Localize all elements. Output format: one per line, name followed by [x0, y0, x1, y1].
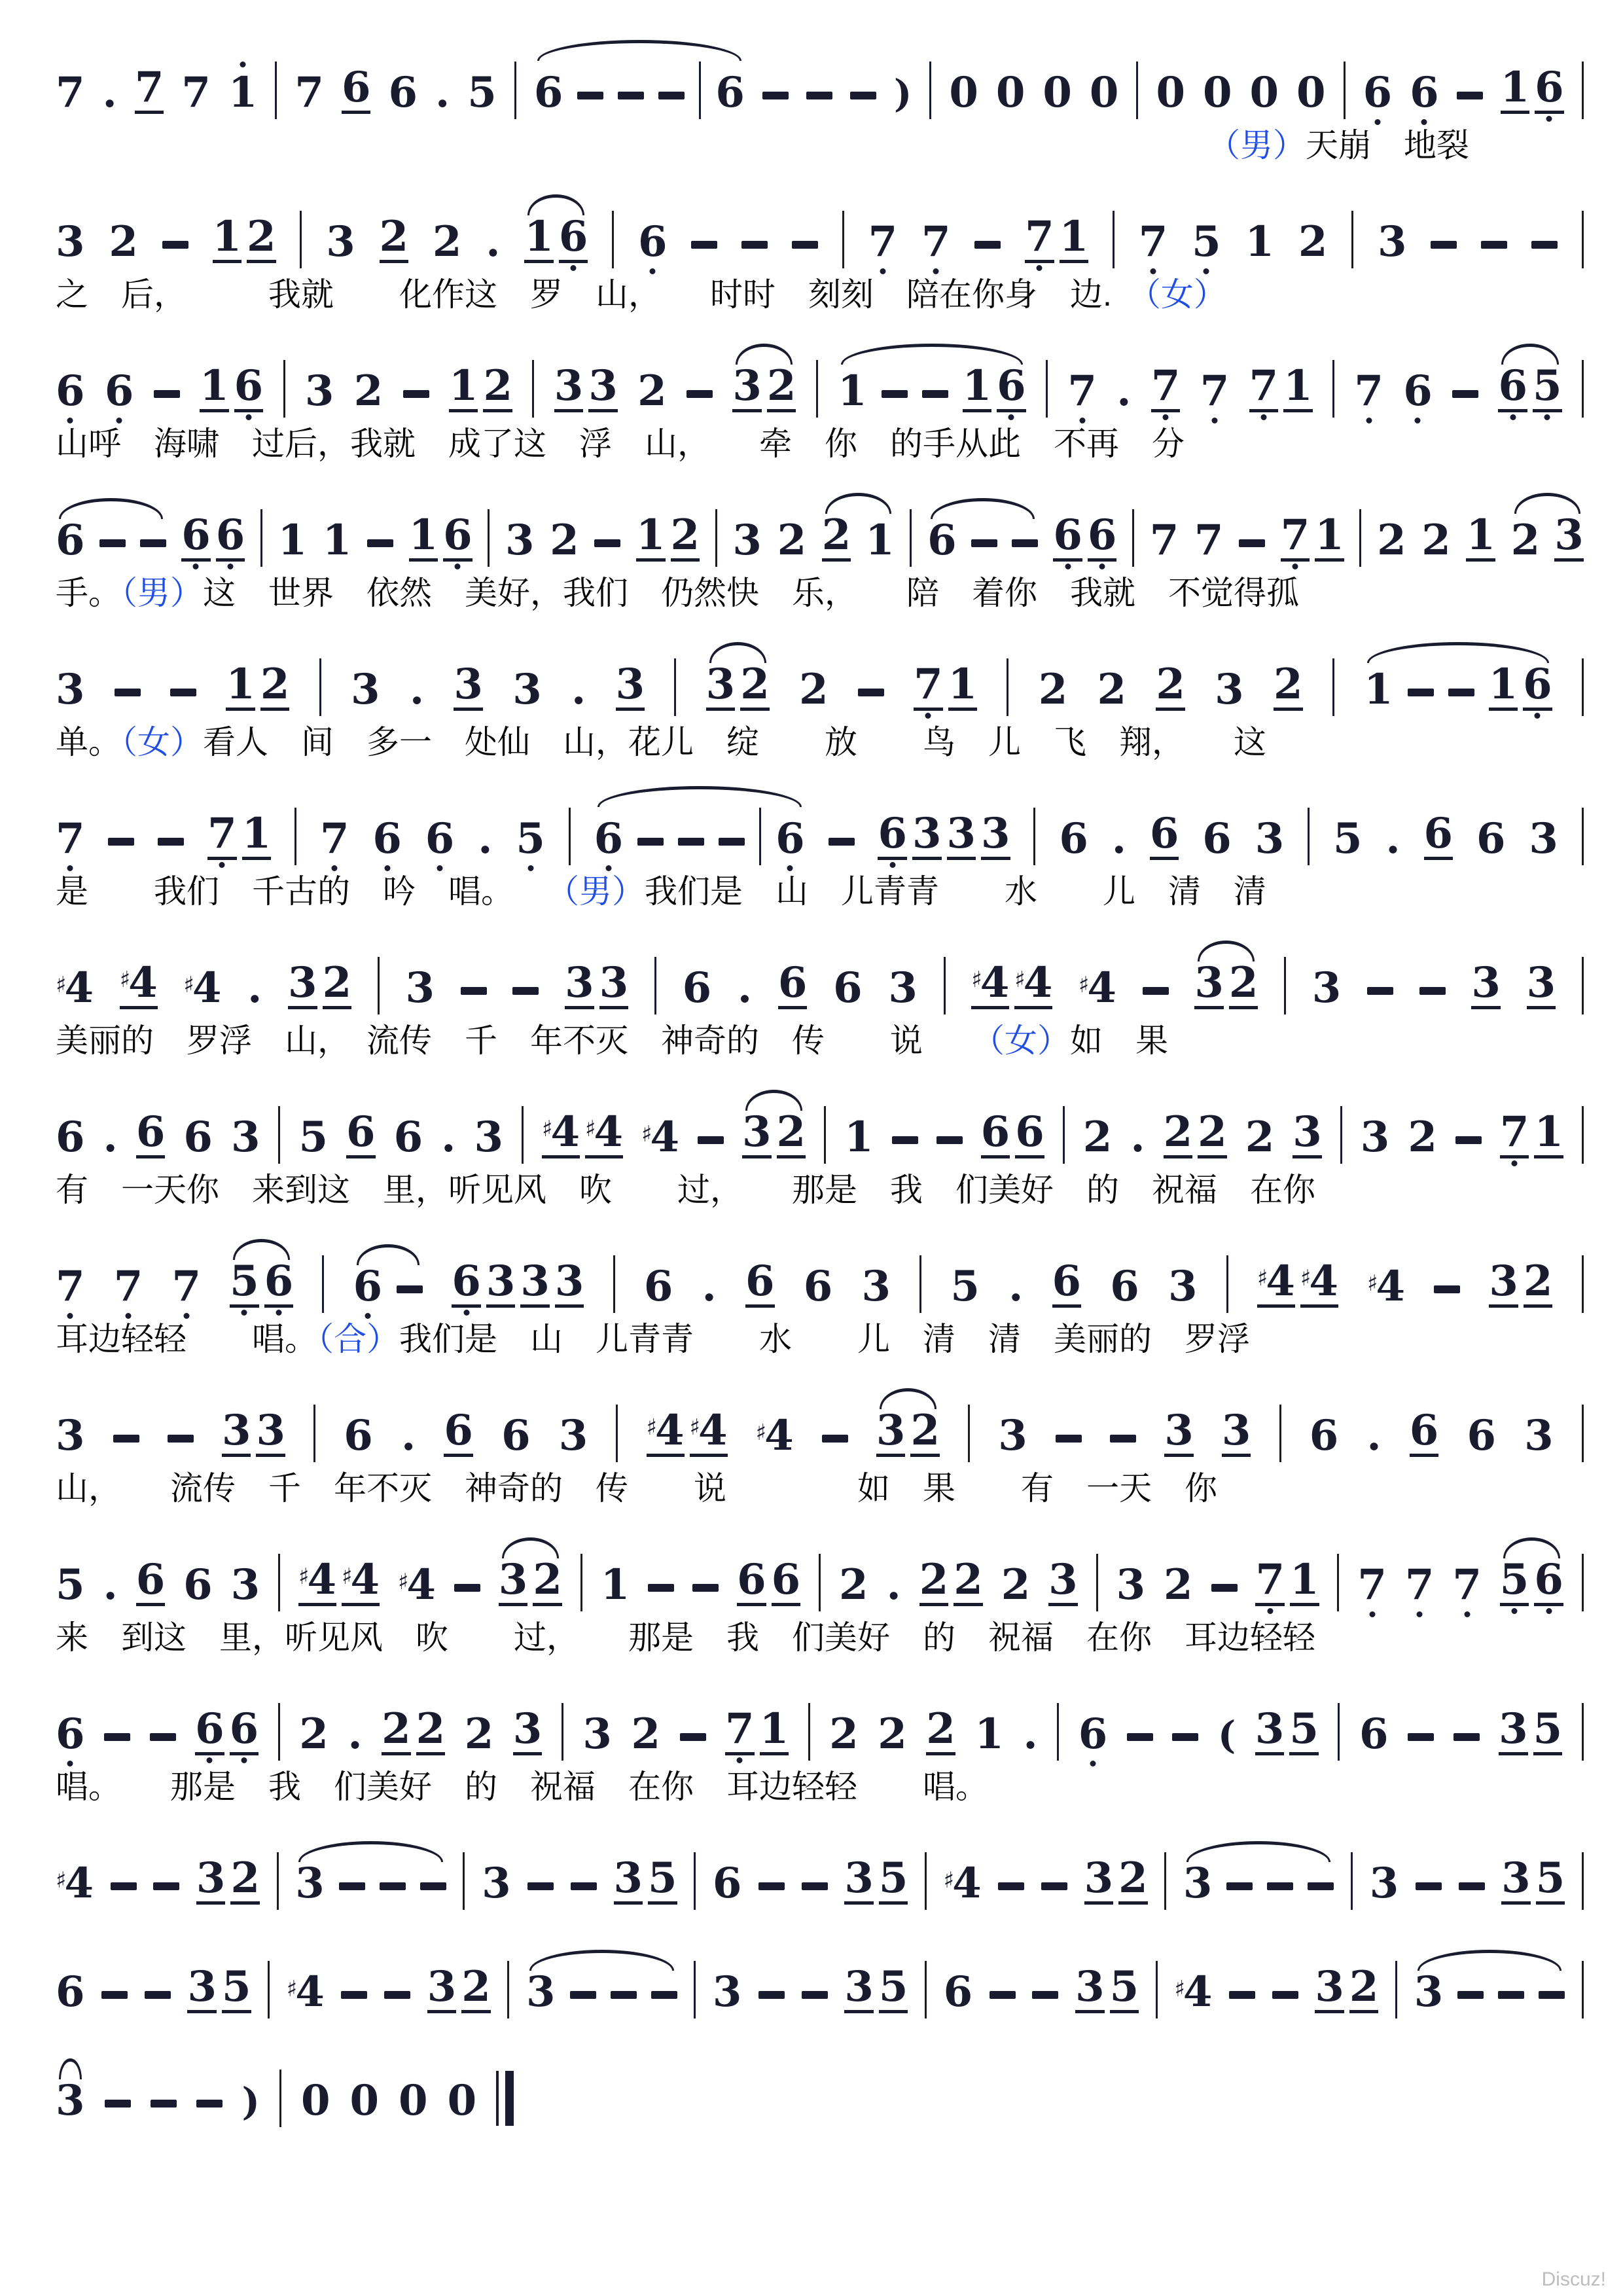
lyric-text: 我们是 山 儿青青 水 儿 清 清 — [645, 873, 1266, 910]
barline — [1057, 1703, 1059, 1761]
duration-dash — [1408, 1733, 1434, 1741]
duration-dash — [420, 1882, 446, 1890]
note-digit: 2 — [631, 1713, 660, 1755]
note-digit: ♯4 — [1367, 1266, 1405, 1308]
beam-group: 32 — [876, 1410, 940, 1457]
note-digit: 3 — [305, 370, 334, 412]
beam-group: 35 — [1255, 1708, 1319, 1755]
barline — [654, 957, 656, 1014]
duration-dash — [341, 1991, 367, 1999]
note-digit: 3 — [1183, 1863, 1213, 1905]
note-digit: 3 — [505, 520, 535, 562]
note-digit: 3 — [295, 1863, 325, 1905]
duration-dash — [1056, 1435, 1082, 1443]
note-digit: ♯4 — [342, 1559, 380, 1606]
note-digit: 3 — [1194, 962, 1224, 1009]
note-digit: 1 — [1315, 514, 1344, 562]
note-digit: 2 — [954, 1559, 983, 1606]
slur-arc: 65 — [1498, 365, 1561, 412]
note-digit: 2 — [1298, 221, 1328, 263]
note-digit: ♯4 — [1174, 1971, 1212, 2013]
note-digit: 6 — [534, 72, 563, 114]
note-digit: 3 — [706, 664, 736, 711]
barline — [1337, 1554, 1339, 1611]
augmentation-dot: . — [247, 967, 262, 1009]
barline — [1351, 1852, 1353, 1910]
note-digit: 2 — [1164, 1111, 1193, 1158]
duration-dash — [151, 2100, 177, 2108]
note-digit: 1 — [409, 514, 438, 562]
beam-group: 32 — [1084, 1857, 1148, 1905]
score-line: 3123.33.33227122232116单。（女）看人 间 多一 处仙 山，… — [56, 635, 1584, 762]
barline — [1226, 1255, 1228, 1313]
note-digit: 5 — [879, 1966, 908, 2013]
barline — [1344, 62, 1346, 119]
note-digit: 2 — [910, 1410, 940, 1457]
note-digit: 6 — [1467, 1415, 1496, 1457]
note-digit: 3 — [947, 813, 976, 860]
barline — [463, 1852, 465, 1910]
note-digit: 3 — [844, 1966, 874, 2013]
note-digit: 3 — [1255, 1708, 1285, 1755]
note-digit: ♯4 — [56, 967, 94, 1009]
duration-dash — [802, 1882, 828, 1890]
note-digit: 6 — [927, 520, 957, 562]
note-digit: 1 — [636, 514, 666, 562]
duration-dash — [1434, 1285, 1460, 1293]
slur-arc: 32 — [1194, 962, 1258, 1009]
note-digit: 6 — [56, 520, 85, 562]
note-digit: 6 — [833, 967, 863, 1009]
beam-group: 66 — [981, 1111, 1044, 1158]
beam-group: 32 — [742, 1111, 806, 1158]
note-digit: 6 — [776, 818, 805, 860]
duration-dash — [1454, 1733, 1480, 1741]
duration-dash — [170, 689, 196, 696]
note-digit: 5 — [1533, 365, 1562, 412]
note-digit: 3 — [713, 1971, 742, 2013]
duration-dash — [104, 1733, 130, 1741]
lyric-text: 天崩 地裂 — [1306, 127, 1469, 164]
duration-dash — [1457, 92, 1483, 99]
note-digit: 1 — [1466, 514, 1495, 562]
sharp-icon: ♯ — [971, 969, 982, 991]
note-digit: 1 — [1283, 365, 1313, 412]
barline — [1332, 658, 1334, 716]
sharp-icon: ♯ — [287, 1978, 297, 2000]
barline — [929, 62, 931, 119]
notes-line: 7.771766.566)000000006616 — [56, 38, 1584, 124]
barline — [1096, 1554, 1098, 1611]
note-digit: 7 — [56, 818, 85, 860]
duration-dash — [1041, 1882, 1067, 1890]
duration-dash — [637, 838, 664, 846]
note-digit: 3 — [513, 1708, 543, 1755]
duration-dash — [140, 539, 166, 547]
note-digit: 2 — [247, 216, 276, 263]
note-digit: 6 — [1053, 514, 1082, 562]
note-digit: 3 — [1378, 221, 1407, 263]
note-digit: 2 — [323, 962, 352, 1009]
notes-line: 3123.33.33227122232116 — [56, 635, 1584, 721]
barline — [322, 1255, 324, 1313]
beam-group: 32 — [196, 1857, 260, 1905]
voice-tag: （女） — [121, 724, 203, 761]
barline — [313, 1405, 315, 1462]
notes-line: 5.663♯4♯4♯4321662.2223327177756 — [56, 1530, 1584, 1617]
note-digit: 6 — [713, 1863, 742, 1905]
duration-dash — [850, 92, 876, 99]
beam-group: 71 — [725, 1708, 789, 1755]
note-digit: 0 — [949, 72, 978, 114]
note-digit: 2 — [433, 221, 462, 263]
barline — [275, 62, 277, 119]
barline — [1582, 1961, 1584, 2018]
notes-line: 666111632123221666777122123 — [56, 486, 1584, 572]
note-digit: 5 — [1333, 818, 1363, 860]
note-digit: 6 — [444, 1410, 473, 1457]
slur-arc: 3 — [295, 1863, 446, 1905]
sharp-icon: ♯ — [298, 1566, 309, 1588]
note-digit: 2 — [550, 520, 579, 562]
barline — [1063, 1106, 1065, 1164]
augmentation-dot: . — [1366, 1415, 1381, 1457]
barline — [968, 1405, 970, 1462]
note-digit: ♯4 — [398, 1564, 436, 1606]
note-digit: 3 — [256, 1410, 285, 1457]
lyric-text: 单。 — [56, 724, 121, 761]
duration-dash — [1143, 987, 1169, 995]
barline — [1156, 1961, 1158, 2018]
lyrics-line: 耳边轻轻 唱。（合）我们是 山 儿青青 水 儿 清 清 美丽的 罗浮 — [56, 1319, 1584, 1359]
lyric-text: 我们是 山 儿青青 水 儿 清 清 美丽的 罗浮 — [399, 1321, 1250, 1357]
note-digit: ♯4 — [971, 962, 1009, 1009]
note-digit: 3 — [187, 1966, 217, 2013]
note-digit: 7 — [1139, 221, 1168, 263]
note-digit: 3 — [912, 813, 942, 860]
augmentation-dot: . — [478, 818, 492, 860]
note-digit: ♯4 — [1257, 1261, 1295, 1308]
note-digit: 2 — [1245, 1117, 1275, 1158]
note-digit: 7 — [114, 1266, 143, 1308]
note-digit: 6 — [1498, 365, 1527, 412]
barline — [1582, 1405, 1584, 1462]
sharp-icon: ♯ — [690, 1416, 700, 1439]
note-digit: 3 — [599, 962, 629, 1009]
augmentation-dot: . — [103, 1117, 118, 1158]
note-digit: 7 — [1151, 365, 1181, 412]
note-digit: 6 — [195, 1708, 224, 1755]
barline — [522, 1106, 524, 1164]
note-digit: 2 — [230, 1857, 260, 1905]
score-line: 77756663336.6635.663♯4♯4♯432耳边轻轻 唱。（合）我们… — [56, 1232, 1584, 1359]
sharp-icon: ♯ — [120, 969, 130, 991]
beam-group: 33 — [554, 365, 618, 412]
barline — [824, 1106, 826, 1164]
beam-group: 66 — [195, 1708, 259, 1755]
duration-dash — [380, 1882, 406, 1890]
sharp-icon: ♯ — [1367, 1272, 1378, 1295]
note-digit: 3 — [1293, 1111, 1322, 1158]
duration-dash — [990, 1991, 1016, 1999]
beam-group: 33 — [565, 962, 628, 1009]
note-digit: 6 — [1052, 1261, 1082, 1308]
note-digit: 3 — [406, 967, 435, 1009]
note-digit: 2 — [1001, 1564, 1031, 1606]
duration-dash — [802, 1991, 828, 1999]
note-digit: 3 — [588, 365, 618, 412]
note-digit: 7 — [914, 664, 943, 711]
note-digit: 3 — [1084, 1857, 1114, 1905]
note-digit: 6 — [353, 1266, 383, 1308]
note-digit: 2 — [637, 370, 667, 412]
note-digit: 7 — [294, 72, 324, 114]
augmentation-dot: . — [486, 221, 500, 263]
duration-dash — [150, 1733, 176, 1741]
note-digit: 5 — [1192, 221, 1221, 263]
note-digit: 2 — [382, 1708, 411, 1755]
slur-arc: 6 — [927, 520, 1038, 562]
barline — [300, 211, 302, 268]
beam-group: 71 — [207, 813, 271, 860]
note-digit: 3 — [876, 1410, 906, 1457]
duration-dash — [998, 1882, 1024, 1890]
note-digit: 6 — [372, 818, 402, 860]
duration-dash — [758, 1882, 785, 1890]
note-digit: 5 — [1110, 1966, 1139, 2013]
beam-group: ♯4♯4 — [542, 1111, 623, 1158]
note-digit: 1 — [844, 1117, 874, 1158]
note-digit: 3 — [582, 1713, 612, 1755]
note-digit: ♯4 — [298, 1559, 336, 1606]
duration-dash — [648, 1584, 674, 1592]
slur-arc: 3 — [1183, 1863, 1334, 1905]
note-digit: 3 — [351, 669, 380, 711]
beam-group: 32 — [732, 365, 796, 412]
note-digit: 6 — [1476, 818, 1506, 860]
note-digit: 3 — [732, 520, 762, 562]
note-digit: 7 — [1194, 520, 1224, 562]
duration-dash — [384, 1991, 410, 1999]
beam-group: 6333 — [878, 813, 1010, 860]
slur-arc: 3 — [1414, 1971, 1565, 2013]
note-digit: ♯4 — [56, 1863, 94, 1905]
note-digit: 7 — [207, 813, 237, 860]
note-digit: 1 — [865, 520, 895, 562]
barline — [1582, 808, 1584, 865]
beam-group: 35 — [187, 1966, 251, 2013]
note-digit: 2 — [777, 520, 807, 562]
duration-dash — [829, 838, 855, 846]
score-line: 6.663566.3♯4♯4♯4321662.22233271有 一天你 来到这… — [56, 1083, 1584, 1210]
note-digit: 2 — [109, 221, 138, 263]
duration-dash — [158, 838, 184, 846]
note-digit: 1 — [1245, 221, 1274, 263]
lyric-text: 是 我们 千古的 吟 唱。 — [56, 873, 563, 910]
duration-dash — [367, 539, 393, 547]
score-line: 3)0000 — [56, 2046, 1584, 2132]
slur-arc: 32 — [706, 664, 770, 711]
duration-dash — [339, 1882, 365, 1890]
note-digit: 6 — [981, 1111, 1010, 1158]
note-digit: 0 — [996, 72, 1026, 114]
duration-dash — [1416, 1882, 1442, 1890]
duration-dash — [1455, 1136, 1482, 1144]
note-digit: 6 — [715, 72, 745, 114]
lyrics-line: 美丽的 罗浮 山， 流传 千 年不灭 神奇的 传 说 （女）如 果 — [56, 1021, 1584, 1060]
duration-dash — [1239, 539, 1265, 547]
note-digit: 6 — [56, 1117, 85, 1158]
note-digit: 3 — [1315, 1966, 1344, 2013]
barline — [1340, 1106, 1342, 1164]
sharp-icon: ♯ — [585, 1118, 596, 1140]
note-digit: 2 — [1524, 1261, 1553, 1308]
barline — [925, 1961, 927, 2018]
barline — [1582, 1703, 1584, 1761]
note-digit: 2 — [416, 1708, 446, 1755]
beam-group: 16 — [409, 514, 473, 562]
augmentation-dot: . — [348, 1713, 362, 1755]
score-line: 635♯4323335635♯4323 — [56, 1937, 1584, 2024]
sharp-icon: ♯ — [647, 1416, 657, 1439]
augmentation-dot: . — [1385, 818, 1400, 860]
note-digit: 6 — [644, 1266, 673, 1308]
note-digit: 7 — [56, 1266, 85, 1308]
barline — [278, 1703, 280, 1761]
note-digit: 3 — [512, 669, 542, 711]
note-digit: 3 — [56, 669, 85, 711]
note-digit: ♯4 — [690, 1410, 728, 1457]
note-digit: 3 — [1215, 669, 1244, 711]
note-digit: 2 — [1408, 1117, 1437, 1158]
notes-line: 3212322.166777175123 — [56, 187, 1584, 274]
barline — [260, 509, 262, 567]
duration-dash — [512, 987, 539, 995]
note-digit: 0 — [1296, 72, 1326, 114]
note-digit: 3 — [474, 1117, 503, 1158]
sharp-icon: ♯ — [641, 1123, 652, 1145]
note-digit: 6 — [344, 1415, 373, 1457]
note-digit: ♯4 — [1300, 1261, 1338, 1308]
beam-group: 12 — [449, 365, 512, 412]
note-digit: 3 — [520, 1261, 550, 1308]
note-digit: 3 — [1489, 1261, 1518, 1308]
slur-arc: 21 — [822, 514, 895, 562]
voice-tag: （女） — [1145, 276, 1226, 313]
note-digit: 6 — [56, 1713, 85, 1755]
note-digit: 5 — [467, 72, 497, 114]
duration-dash — [1127, 1733, 1153, 1741]
note-digit: 2 — [839, 1564, 868, 1606]
note-digit: 3 — [56, 2080, 85, 2122]
beam-group: ♯4♯4 — [647, 1410, 728, 1457]
slur-arc: 32 — [499, 1559, 562, 1606]
barline — [283, 360, 285, 418]
note-digit: 6 — [183, 1117, 213, 1158]
sharp-icon: ♯ — [944, 1869, 954, 1892]
sharp-icon: ♯ — [1014, 969, 1025, 991]
duration-dash — [1481, 241, 1507, 249]
barline — [694, 1961, 696, 2018]
beam-group: 35 — [844, 1966, 908, 2013]
note-digit: 3 — [526, 1971, 556, 2013]
notes-line: ♯4♯4♯4.323336.663♯4♯4♯432333 — [56, 933, 1584, 1020]
duration-dash — [168, 1435, 194, 1443]
duration-dash — [1539, 1991, 1565, 1999]
parenthesis: ) — [894, 74, 912, 114]
lyrics-line: 山呼 海啸 过后，我就 成了这 浮 山， 牵 你 的手从此 不再 分 — [56, 424, 1584, 463]
note-digit: 2 — [1156, 664, 1185, 711]
barline — [1132, 509, 1134, 567]
score-line: 666111632123221666777122123手。（男）这 世界 依然 … — [56, 486, 1584, 613]
barline — [1046, 360, 1048, 418]
voice-tag: （合） — [317, 1321, 399, 1357]
augmentation-dot: . — [702, 1266, 717, 1308]
barline — [319, 658, 321, 716]
duration-dash — [108, 838, 134, 846]
barline — [919, 1255, 921, 1313]
lyric-text: 之 后， 我就 化作这 罗 山， 时时 刻刻 陪在你身 边. — [56, 276, 1145, 313]
note-digit: 3 — [1471, 962, 1501, 1009]
note-digit: 1 — [200, 365, 229, 412]
duration-dash — [115, 689, 141, 696]
barline — [514, 62, 516, 119]
augmentation-dot: . — [401, 1415, 416, 1457]
note-digit: 7 — [1500, 1111, 1529, 1158]
note-digit: 2 — [1349, 1966, 1379, 2013]
note-digit: 2 — [1421, 520, 1451, 562]
note-digit: 0 — [1156, 72, 1185, 114]
note-digit: 3 — [1499, 1708, 1528, 1755]
duration-dash — [892, 1136, 918, 1144]
note-digit: 7 — [1067, 370, 1097, 412]
note-digit: 1 — [228, 72, 258, 114]
note-digit: 1 — [838, 370, 867, 412]
slur-arc: 56 — [230, 1261, 293, 1308]
sharp-icon: ♯ — [183, 974, 194, 996]
note-digit: 3 — [482, 1863, 511, 1905]
note-digit: 3 — [554, 365, 584, 412]
barline — [1582, 1106, 1584, 1164]
note-digit: 6 — [1534, 1559, 1563, 1606]
note-digit: 2 — [671, 514, 700, 562]
duration-dash — [792, 241, 818, 249]
barline — [1332, 360, 1334, 418]
final-barline — [496, 2071, 514, 2126]
note-digit: 6 — [394, 1117, 423, 1158]
note-digit: 1 — [1501, 67, 1530, 114]
note-digit: 5 — [56, 1564, 85, 1606]
lyrics-line: 有 一天你 来到这 里，听见风 吹 过， 那是 我 们美好 的 祝福 在你 — [56, 1170, 1584, 1210]
lyric-text: 山呼 海啸 过后，我就 成了这 浮 山， 牵 你 的手从此 不再 分 — [56, 425, 1185, 462]
beam-group: 6333 — [452, 1261, 584, 1308]
beam-group: 66 — [1053, 514, 1116, 562]
duration-dash — [758, 1991, 785, 1999]
note-digit: 3 — [326, 221, 355, 263]
note-digit: 6 — [1359, 1713, 1389, 1755]
lyrics-line: 来 到这 里，听见风 吹 过， 那是 我 们美好 的 祝福 在你 耳边轻轻 — [56, 1618, 1584, 1657]
lyric-text: 唱。 那是 我 们美好 的 祝福 在你 耳边轻轻 唱。 — [56, 1768, 988, 1805]
duration-dash — [397, 1285, 423, 1293]
barline — [279, 2070, 281, 2127]
note-digit: 6 — [804, 1266, 833, 1308]
beam-group: 65 — [1498, 365, 1561, 412]
beam-group: 35 — [844, 1857, 908, 1905]
note-digit: 3 — [844, 1857, 874, 1905]
note-digit: 0 — [1043, 72, 1072, 114]
slur-arc: 6 — [56, 520, 166, 562]
note-digit: 7 — [181, 72, 211, 114]
